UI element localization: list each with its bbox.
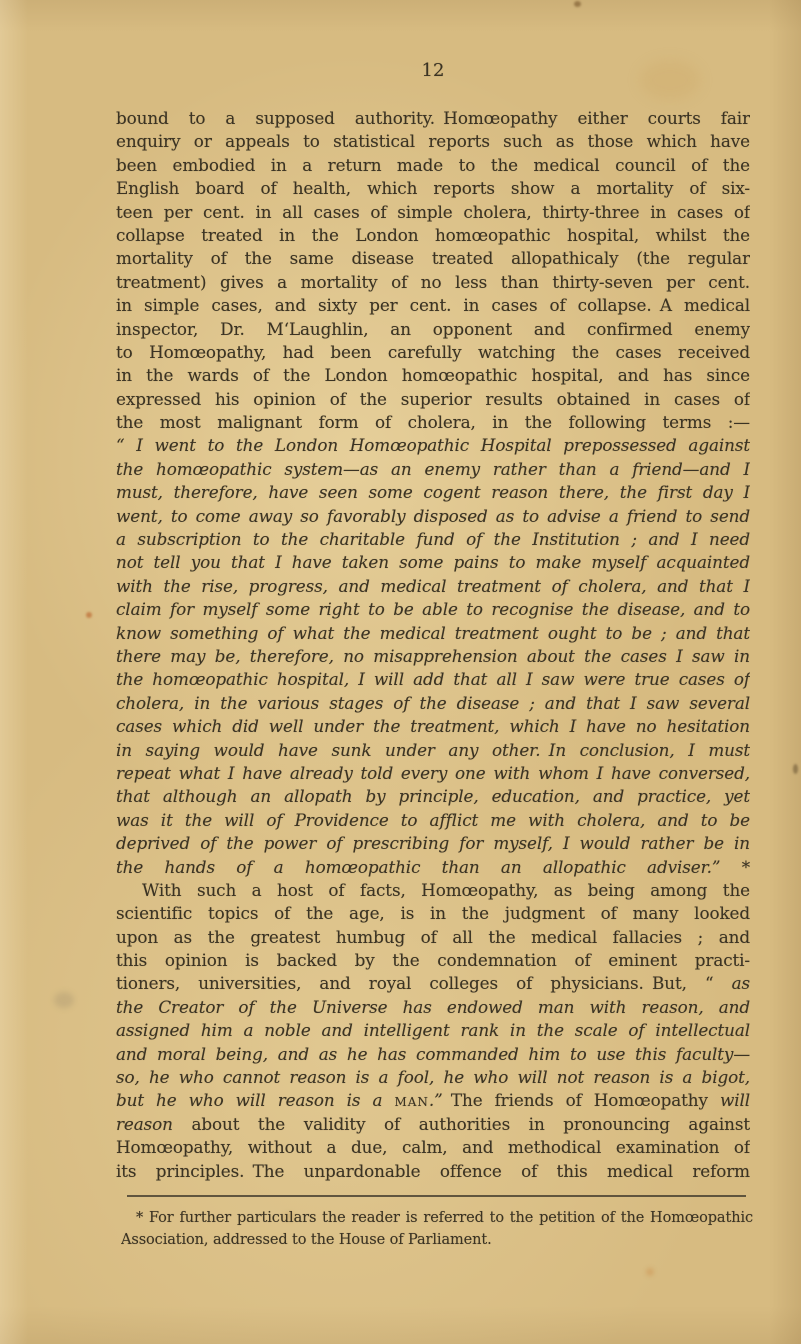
text-line: in simple cases, and sixty per cent. in … bbox=[116, 294, 750, 317]
text-segment: a subscription to the charitable fund of… bbox=[116, 529, 750, 549]
text-segment: that although an allopath by principle, … bbox=[116, 786, 750, 806]
text-segment: The friends of Homœopathy bbox=[443, 1090, 720, 1110]
text-segment: collapse treated in the London homœopath… bbox=[116, 225, 750, 245]
text-segment: know something of what the medical treat… bbox=[116, 623, 750, 643]
text-segment: deprived of the power of prescribing for… bbox=[116, 833, 750, 853]
text-line: mortality of the same disease treated al… bbox=[116, 247, 750, 270]
text-line: the hands of a homœopathic than an allop… bbox=[116, 856, 750, 879]
text-line: its principles. The unpardonable offence… bbox=[116, 1160, 750, 1183]
text-segment: the most malignant form of cholera, in t… bbox=[116, 412, 750, 432]
text-segment: to Homœopathy, had been carefully watchi… bbox=[116, 342, 750, 362]
text-segment: cases which did well under the treatment… bbox=[116, 716, 750, 736]
book-page: 12 bound to a supposed authority. Homœop… bbox=[0, 0, 801, 1344]
body-text: bound to a supposed authority. Homœopath… bbox=[116, 107, 750, 1183]
text-segment: cholera, in the various stages of the di… bbox=[116, 693, 750, 713]
text-line: that although an allopath by principle, … bbox=[116, 785, 750, 808]
text-segment: reason bbox=[116, 1114, 173, 1134]
text-line: claim for myself some right to be able t… bbox=[116, 598, 750, 621]
text-segment: went, to come away so favorably disposed… bbox=[116, 506, 750, 526]
text-segment: claim for myself some right to be able t… bbox=[116, 599, 750, 619]
text-segment: .” bbox=[429, 1090, 443, 1110]
text-line: tioners, universities, and royal college… bbox=[116, 972, 750, 995]
text-line: English board of health, which reports s… bbox=[116, 177, 750, 200]
text-segment: its principles. The unpardonable offence… bbox=[116, 1161, 750, 1181]
text-line: assigned him a noble and intelligent ran… bbox=[116, 1019, 750, 1042]
text-line: teen per cent. in all cases of simple ch… bbox=[116, 201, 750, 224]
text-line: bound to a supposed authority. Homœopath… bbox=[116, 107, 750, 130]
text-segment: about the validity of authorities in pro… bbox=[173, 1114, 750, 1134]
paper-stain bbox=[54, 992, 74, 1008]
text-line: a subscription to the charitable fund of… bbox=[116, 528, 750, 551]
text-segment: with the rise, progress, and medical tre… bbox=[116, 576, 750, 596]
text-line: not tell you that I have taken some pain… bbox=[116, 551, 750, 574]
text-segment: scientific topics of the age, is in the … bbox=[116, 903, 750, 923]
text-line: * For further particulars the reader is … bbox=[121, 1207, 753, 1229]
text-segment: must, therefore, have seen some cogent r… bbox=[116, 482, 750, 502]
text-line: and moral being, and as he has commanded… bbox=[116, 1043, 750, 1066]
text-line: this opinion is backed by the condemnati… bbox=[116, 949, 750, 972]
text-segment: the Creator of the Universe has endowed … bbox=[116, 997, 750, 1017]
text-line: but he who will reason is a man.” The fr… bbox=[116, 1089, 750, 1112]
text-segment: in saying would have sunk under any othe… bbox=[116, 740, 750, 760]
text-line: in the wards of the London homœopathic h… bbox=[116, 364, 750, 387]
text-line: Association, addressed to the House of P… bbox=[121, 1229, 753, 1251]
text-segment: * bbox=[742, 857, 750, 877]
text-segment: and moral being, and as he has commanded… bbox=[116, 1044, 750, 1064]
text-line: was it the will of Providence to afflict… bbox=[116, 809, 750, 832]
text-segment: the hands of a homœopathic than an allop… bbox=[116, 857, 742, 877]
text-segment: bound to a supposed authority. Homœopath… bbox=[116, 108, 750, 128]
text-segment: in the wards of the London homœopathic h… bbox=[116, 365, 750, 385]
text-segment: With such a host of facts, Homœopathy, a… bbox=[142, 880, 750, 900]
text-segment: teen per cent. in all cases of simple ch… bbox=[116, 202, 750, 222]
scanned-book-page: 12 bound to a supposed authority. Homœop… bbox=[0, 0, 801, 1344]
text-line: enquiry or appeals to statistical report… bbox=[116, 130, 750, 153]
text-line: the homœopathic system—as an enemy rathe… bbox=[116, 458, 750, 481]
text-segment: been embodied in a return made to the me… bbox=[116, 155, 750, 175]
text-line: reason about the validity of authorities… bbox=[116, 1113, 750, 1136]
paper-stain bbox=[646, 1268, 654, 1276]
paper-stain bbox=[793, 764, 798, 774]
text-line: went, to come away so favorably disposed… bbox=[116, 505, 750, 528]
text-segment: enquiry or appeals to statistical report… bbox=[116, 131, 750, 151]
text-line: in saying would have sunk under any othe… bbox=[116, 739, 750, 762]
text-line: the homœopathic hospital, I will add tha… bbox=[116, 668, 750, 691]
text-line: upon as the greatest humbug of all the m… bbox=[116, 926, 750, 949]
text-line: “ I went to the London Homœopathic Hospi… bbox=[116, 434, 750, 457]
text-line: must, therefore, have seen some cogent r… bbox=[116, 481, 750, 504]
text-line: cases which did well under the treatment… bbox=[116, 715, 750, 738]
footnote-rule bbox=[127, 1195, 746, 1197]
text-segment: assigned him a noble and intelligent ran… bbox=[116, 1020, 750, 1040]
text-line: to Homœopathy, had been carefully watchi… bbox=[116, 341, 750, 364]
text-segment: man bbox=[394, 1090, 428, 1110]
text-segment: mortality of the same disease treated al… bbox=[116, 248, 750, 268]
page-number: 12 bbox=[116, 59, 750, 82]
paper-stain bbox=[86, 612, 92, 618]
text-segment: was it the will of Providence to afflict… bbox=[116, 810, 750, 830]
text-segment: expressed his opinion of the superior re… bbox=[116, 389, 750, 409]
paper-stain bbox=[574, 1, 581, 7]
text-line: collapse treated in the London homœopath… bbox=[116, 224, 750, 247]
text-line: expressed his opinion of the superior re… bbox=[116, 388, 750, 411]
text-line: treatment) gives a mortality of no less … bbox=[116, 271, 750, 294]
text-segment: “ I went to the London Homœopathic Hospi… bbox=[116, 435, 750, 455]
text-line: know something of what the medical treat… bbox=[116, 622, 750, 645]
text-line: Homœopathy, without a due, calm, and met… bbox=[116, 1136, 750, 1159]
text-segment: * For further particulars the reader is … bbox=[136, 1210, 753, 1226]
text-line: scientific topics of the age, is in the … bbox=[116, 902, 750, 925]
text-segment: not tell you that I have taken some pain… bbox=[116, 552, 750, 572]
text-segment: will bbox=[720, 1090, 750, 1110]
text-segment: inspector, Dr. M‘Laughlin, an opponent a… bbox=[116, 319, 750, 339]
text-segment: repeat what I have already told every on… bbox=[116, 763, 750, 783]
text-line: cholera, in the various stages of the di… bbox=[116, 692, 750, 715]
text-line: there may be, therefore, no misapprehens… bbox=[116, 645, 750, 668]
text-segment: as bbox=[732, 973, 750, 993]
footnote-text: * For further particulars the reader is … bbox=[121, 1207, 753, 1251]
text-line: the Creator of the Universe has endowed … bbox=[116, 996, 750, 1019]
text-segment: this opinion is backed by the condemnati… bbox=[116, 950, 750, 970]
text-line: deprived of the power of prescribing for… bbox=[116, 832, 750, 855]
text-line: been embodied in a return made to the me… bbox=[116, 154, 750, 177]
text-line: with the rise, progress, and medical tre… bbox=[116, 575, 750, 598]
text-segment: the homœopathic hospital, I will add tha… bbox=[116, 669, 750, 689]
text-segment: in simple cases, and sixty per cent. in … bbox=[116, 295, 750, 315]
text-segment: so, he who cannot reason is a fool, he w… bbox=[116, 1067, 750, 1087]
text-segment: the homœopathic system—as an enemy rathe… bbox=[116, 459, 750, 479]
text-segment: tioners, universities, and royal college… bbox=[116, 973, 732, 993]
text-line: repeat what I have already told every on… bbox=[116, 762, 750, 785]
text-segment: Homœopathy, without a due, calm, and met… bbox=[116, 1137, 750, 1157]
text-line: With such a host of facts, Homœopathy, a… bbox=[116, 879, 750, 902]
text-segment: but he who will reason is a bbox=[116, 1090, 394, 1110]
text-line: the most malignant form of cholera, in t… bbox=[116, 411, 750, 434]
text-segment: Association, addressed to the House of P… bbox=[121, 1232, 492, 1248]
text-line: inspector, Dr. M‘Laughlin, an opponent a… bbox=[116, 318, 750, 341]
text-line: so, he who cannot reason is a fool, he w… bbox=[116, 1066, 750, 1089]
text-segment: upon as the greatest humbug of all the m… bbox=[116, 927, 750, 947]
text-segment: treatment) gives a mortality of no less … bbox=[116, 272, 750, 292]
text-segment: English board of health, which reports s… bbox=[116, 178, 750, 198]
text-segment: there may be, therefore, no misapprehens… bbox=[116, 646, 750, 666]
